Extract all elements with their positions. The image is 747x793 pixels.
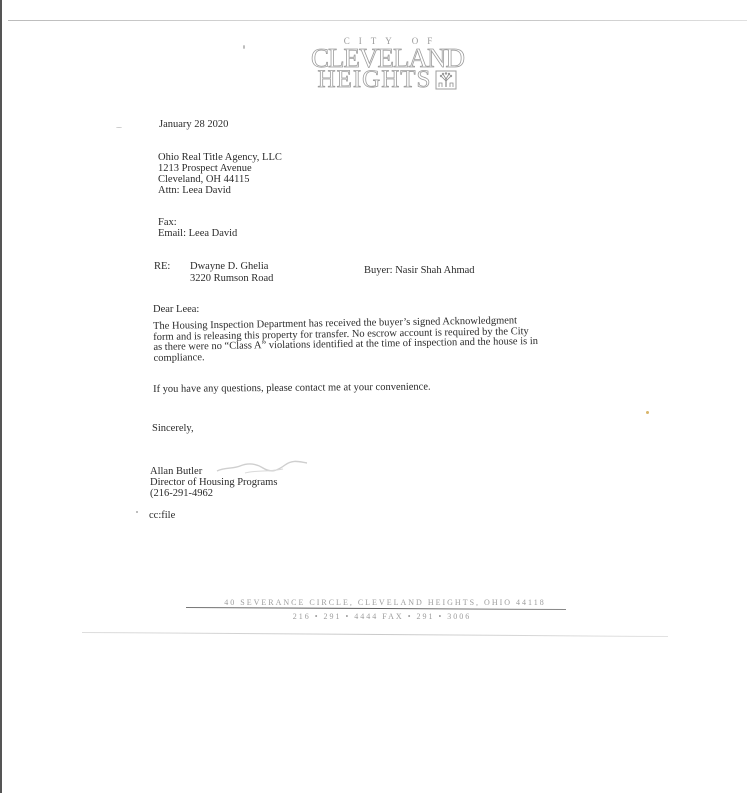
footer-rule: [186, 607, 566, 610]
logo-heights: HEIGHTS: [318, 69, 432, 91]
scan-top-rule: [8, 20, 747, 21]
re-seller: Dwayne D. Ghelia: [190, 261, 273, 273]
signer-title: Director of Housing Programs: [150, 477, 277, 488]
scan-speck: [646, 411, 649, 414]
closing-question: If you have any questions, please contac…: [153, 382, 431, 395]
recipient-street: 1213 Prospect Avenue: [158, 163, 282, 174]
cc-line: cc:file: [149, 510, 175, 521]
footer-address: 40 SEVERANCE CIRCLE, CLEVELAND HEIGHTS, …: [204, 598, 566, 607]
email-line: Email: Leea David: [158, 228, 237, 239]
signer-phone: (216-291-4962: [150, 488, 277, 499]
scan-left-edge: [0, 0, 2, 793]
sign-off: Sincerely,: [152, 423, 194, 434]
re-details: Dwayne D. Ghelia 3220 Rumson Road: [190, 261, 273, 285]
scan-speck: [243, 45, 245, 49]
scan-speck: [116, 127, 122, 128]
signer-name: Allan Butler: [150, 466, 277, 477]
scan-speck: [136, 511, 138, 513]
body-paragraph: The Housing Inspection Department has re…: [153, 316, 538, 364]
recipient-city: Cleveland, OH 44115: [158, 174, 282, 185]
recipient-address: Ohio Real Title Agency, LLC 1213 Prospec…: [158, 152, 282, 196]
tree-emblem-icon: [435, 70, 457, 90]
recipient-attn: Attn: Leea David: [158, 185, 282, 196]
signer-block: Allan Butler Director of Housing Program…: [150, 466, 277, 499]
footer-phones: 216 • 291 • 4444 FAX • 291 • 3006: [198, 612, 566, 621]
fax-line: Fax:: [158, 217, 177, 228]
city-logo: CITY OF CLEVELAND HEIGHTS: [300, 36, 475, 98]
re-label: RE:: [154, 261, 170, 272]
recipient-company: Ohio Real Title Agency, LLC: [158, 152, 282, 163]
re-buyer: Buyer: Nasir Shah Ahmad: [364, 265, 475, 276]
salutation: Dear Leea:: [153, 304, 199, 315]
letter-date: January 28 2020: [159, 119, 228, 130]
re-property: 3220 Rumson Road: [190, 273, 273, 285]
letterhead-footer: 40 SEVERANCE CIRCLE, CLEVELAND HEIGHTS, …: [186, 598, 566, 621]
scan-bottom-rule: [82, 632, 668, 637]
